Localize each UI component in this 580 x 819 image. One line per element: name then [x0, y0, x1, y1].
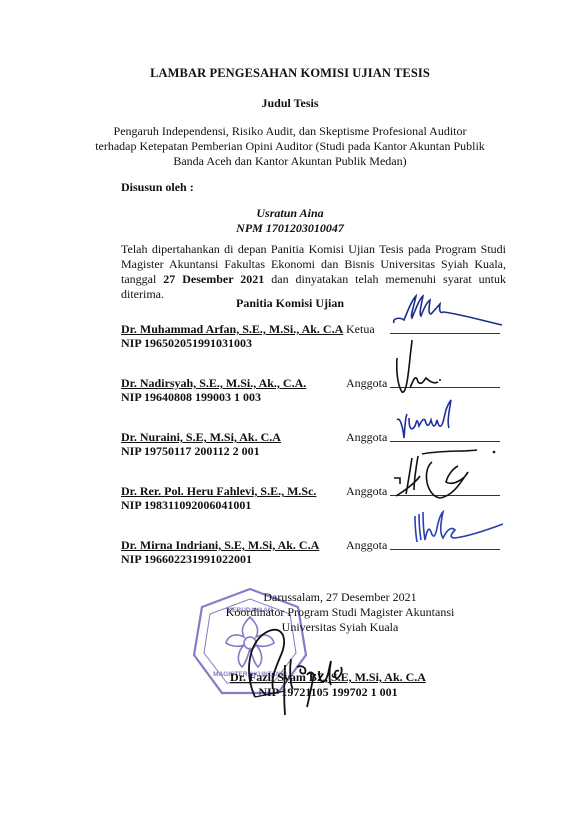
signature-member-3-icon [395, 398, 465, 443]
member-nip: NIP 196602231991022001 [121, 552, 252, 567]
thesis-title-line: Pengaruh Independensi, Risiko Audit, dan… [0, 124, 580, 139]
member-role: Ketua [346, 322, 375, 337]
member-nip: NIP 198311092006041001 [121, 498, 251, 513]
member-name: Dr. Muhammad Arfan, S.E., M.Si., Ak. C.A [121, 322, 343, 337]
member-nip: NIP 19750117 200112 2 001 [121, 444, 260, 459]
member-role: Anggota [346, 538, 387, 553]
statement-line: Magister Akuntansi Fakultas Ekonomi dan … [121, 257, 506, 272]
thesis-title-line: terhadap Ketepatan Pemberian Opini Audit… [0, 139, 580, 154]
thesis-heading: Judul Tesis [0, 96, 580, 111]
member-name: Dr. Nadirsyah, S.E., M.Si., Ak., C.A. [121, 376, 306, 391]
signature-line [390, 549, 500, 550]
member-role: Anggota [346, 430, 387, 445]
member-nip: NIP 19640808 199003 1 003 [121, 390, 261, 405]
signature-line [390, 333, 500, 334]
coordinator-nip: NIP 19721105 199702 1 001 [218, 685, 438, 700]
signature-member-2-icon [390, 338, 470, 398]
place-date: Darussalam, 27 Desember 2021 [200, 590, 480, 605]
member-role: Anggota [346, 484, 387, 499]
member-role: Anggota [346, 376, 387, 391]
byline-label: Disusun oleh : [121, 180, 194, 195]
author-block: Usratun Aina NPM 1701203010047 [0, 206, 580, 236]
statement-line: Telah dipertahankan di depan Panitia Kom… [121, 242, 506, 257]
author-name: Usratun Aina [0, 206, 580, 221]
member-name: Dr. Mirna Indriani, S.E, M.Si, Ak. C.A [121, 538, 319, 553]
document-title: LAMBAR PENGESAHAN KOMISI UJIAN TESIS [0, 66, 580, 81]
member-name: Dr. Rer. Pol. Heru Fahlevi, S.E., M.Sc. [121, 484, 316, 499]
thesis-title: Pengaruh Independensi, Risiko Audit, dan… [0, 124, 580, 169]
member-name: Dr. Nuraini, S.E, M.Si, Ak. C.A [121, 430, 281, 445]
defense-date: 27 Desember 2021 [163, 272, 264, 286]
member-nip: NIP 196502051991031003 [121, 336, 252, 351]
author-npm: NPM 1701203010047 [0, 221, 580, 236]
signature-member-5-icon [395, 506, 505, 546]
signature-member-4-icon [392, 446, 497, 506]
thesis-title-line: Banda Aceh dan Kantor Akuntan Publik Med… [0, 154, 580, 169]
signature-ketua-icon [390, 290, 505, 330]
coordinator-name: Dr. Fazli Syam BZ, S.E, M.Si, Ak. C.A [218, 670, 438, 685]
